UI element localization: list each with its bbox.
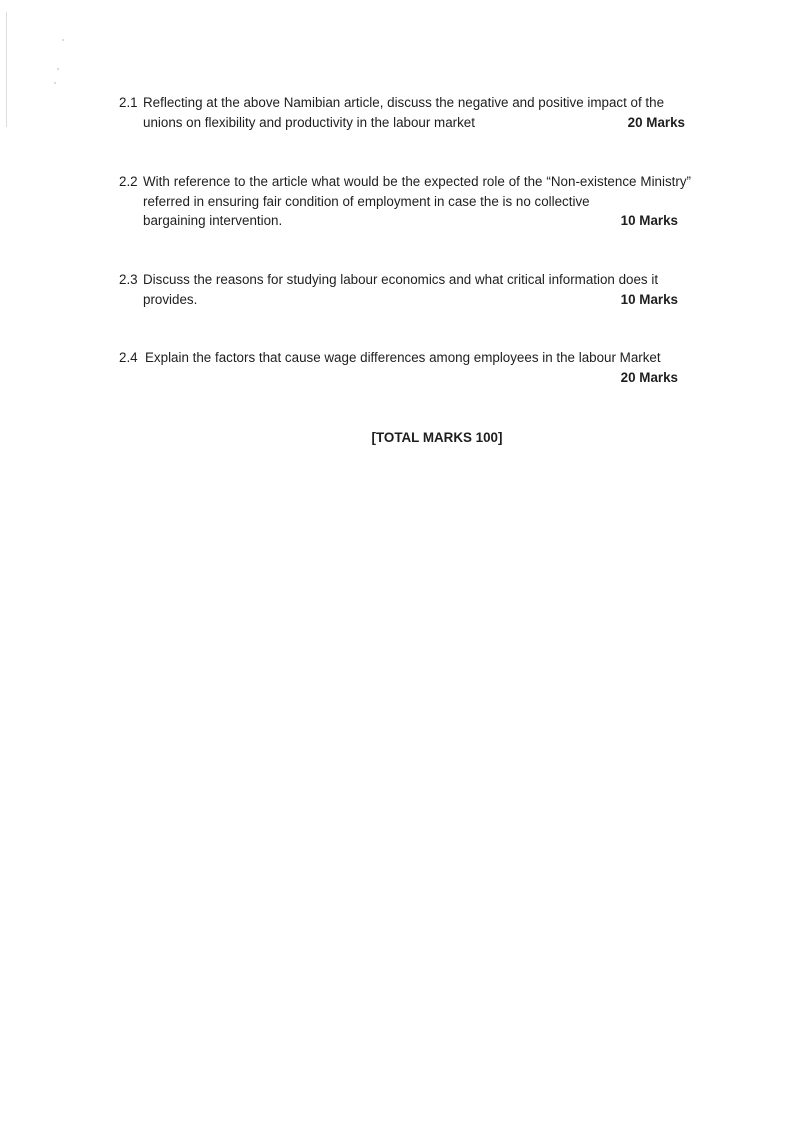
scan-speck bbox=[54, 82, 56, 84]
question-2-1: 2.1 Reflecting at the above Namibian art… bbox=[119, 93, 691, 132]
question-text: Explain the factors that cause wage diff… bbox=[145, 348, 691, 368]
question-number: 2.3 bbox=[119, 270, 143, 290]
question-text: With reference to the article what would… bbox=[143, 172, 691, 211]
question-number: 2.1 bbox=[119, 93, 143, 113]
total-marks: [TOTAL MARKS 100] bbox=[0, 430, 794, 445]
question-2-4: 2.4 Explain the factors that cause wage … bbox=[119, 348, 691, 387]
question-text: Discuss the reasons for studying labour … bbox=[143, 270, 691, 290]
scan-speck bbox=[57, 68, 59, 70]
scan-edge-mark bbox=[6, 12, 7, 127]
question-2-3: 2.3 Discuss the reasons for studying lab… bbox=[119, 270, 691, 309]
question-marks: 10 Marks bbox=[621, 290, 678, 310]
question-marks: 20 Marks bbox=[621, 368, 678, 388]
question-text-last-line: provides. bbox=[143, 290, 197, 310]
question-number: 2.2 bbox=[119, 172, 143, 211]
question-marks: 20 Marks bbox=[628, 113, 685, 133]
question-marks: 10 Marks bbox=[621, 211, 678, 231]
scan-speck bbox=[62, 39, 64, 41]
question-number: 2.4 bbox=[119, 348, 145, 368]
question-text: Reflecting at the above Namibian article… bbox=[143, 93, 691, 113]
question-text-last-line: bargaining intervention. bbox=[143, 211, 282, 231]
question-2-2: 2.2 With reference to the article what w… bbox=[119, 172, 691, 231]
question-text-last-line: unions on flexibility and productivity i… bbox=[143, 113, 475, 133]
